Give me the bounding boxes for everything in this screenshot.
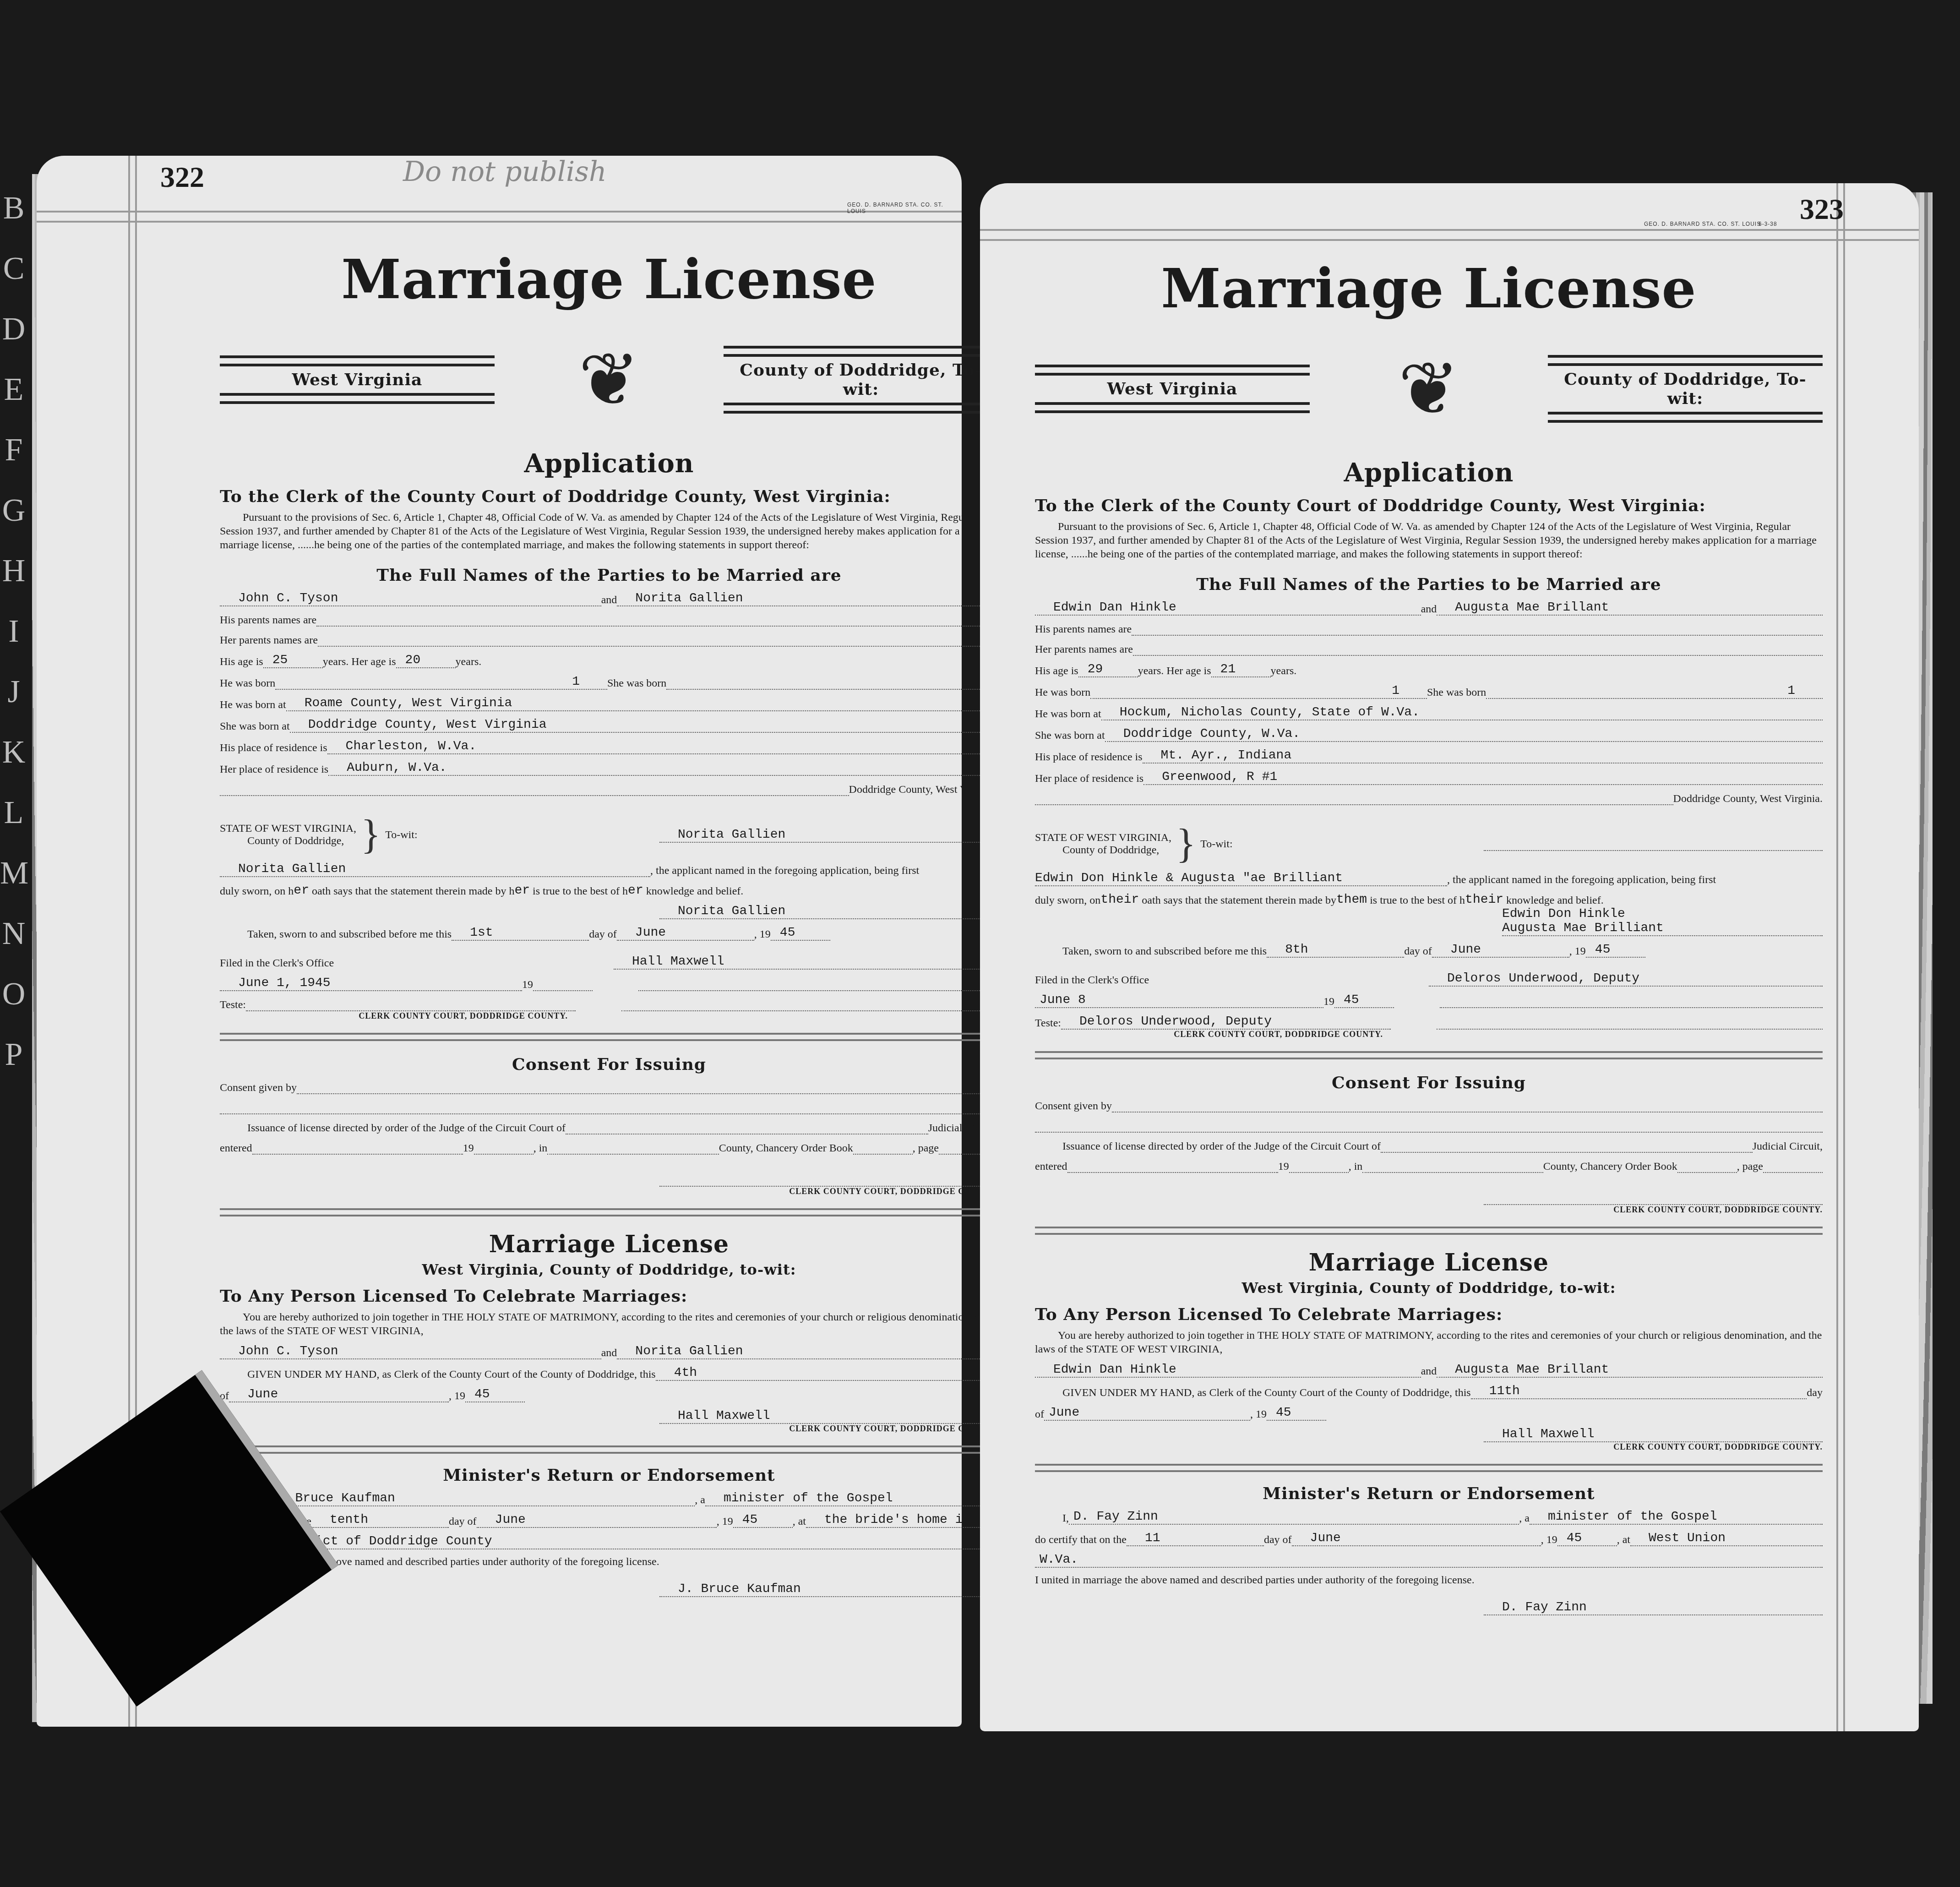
she-born-at-label: She was born at bbox=[220, 720, 290, 733]
his-age-field[interactable]: 25 bbox=[263, 653, 323, 668]
county-footer: Doddridge County, West Virginia. bbox=[849, 784, 998, 796]
teste-field[interactable]: Deloros Underwood, Deputy bbox=[1061, 1014, 1391, 1030]
pronoun-field[interactable]: er bbox=[515, 884, 530, 898]
her-residence-field[interactable]: Greenwood, R #1 bbox=[1143, 770, 1823, 785]
printer-imprint: GEO. D. BARNARD STA. CO. ST. LOUIS bbox=[1644, 221, 1761, 227]
oath-year-field[interactable]: 45 bbox=[771, 926, 830, 941]
he-born-at-label: He was born at bbox=[220, 699, 286, 711]
minister-place-field[interactable]: the bride's home in bbox=[806, 1513, 998, 1528]
page-field[interactable] bbox=[1763, 1159, 1823, 1173]
consent-given-field[interactable] bbox=[1112, 1099, 1823, 1113]
his-residence-label: His place of residence is bbox=[220, 742, 327, 754]
license-month-field[interactable]: June bbox=[1044, 1406, 1250, 1421]
county-field[interactable] bbox=[547, 1141, 719, 1155]
year-prefix: , 19 bbox=[1541, 1534, 1557, 1546]
he-born-label: He was born bbox=[220, 677, 275, 690]
towit-label: To-wit: bbox=[1200, 838, 1232, 851]
page-label: , page bbox=[1737, 1161, 1763, 1173]
minister-place-field[interactable]: West Union bbox=[1630, 1531, 1823, 1546]
her-residence-label: Her place of residence is bbox=[220, 764, 328, 776]
oath-applicant-field[interactable]: Norita Gallien bbox=[220, 862, 650, 877]
her-age-label: Her age is bbox=[351, 656, 396, 668]
entered-label: entered bbox=[1035, 1161, 1067, 1173]
margin-rule bbox=[1836, 183, 1838, 1731]
application-preamble: Pursuant to the provisions of Sec. 6, Ar… bbox=[1035, 520, 1823, 561]
license-title: Marriage License bbox=[1035, 1249, 1823, 1276]
printer-imprint: GEO. D. BARNARD STA. CO. ST. LOUIS bbox=[847, 202, 962, 214]
application-addressee: To the Clerk of the County Court of Dodd… bbox=[220, 487, 998, 506]
clerk-caption: CLERK COUNTY COURT, DODDRIDGE COUNTY. bbox=[220, 1424, 998, 1434]
his-parents-field[interactable] bbox=[1132, 622, 1823, 636]
minister-place-field-2[interactable]: W.Va. bbox=[1035, 1553, 1823, 1568]
day-of-label: day of bbox=[589, 928, 617, 941]
section-divider bbox=[1035, 1464, 1823, 1472]
year-prefix: , 19 bbox=[1569, 945, 1586, 958]
his-age-label: His age is bbox=[220, 656, 263, 668]
license-day-field[interactable]: 4th bbox=[656, 1366, 983, 1381]
consent-given-label: Consent given by bbox=[220, 1082, 297, 1094]
his-residence-field[interactable]: Mt. Ayr., Indiana bbox=[1143, 748, 1823, 764]
year-prefix: 19 bbox=[522, 979, 533, 991]
her-age-field[interactable]: 20 bbox=[396, 653, 456, 668]
her-parents-label: Her parents names are bbox=[1035, 644, 1133, 656]
chancery-label: County, Chancery Order Book bbox=[719, 1142, 853, 1155]
united-text: I united in marriage the above named and… bbox=[1035, 1574, 1475, 1587]
year-prefix: 19 bbox=[463, 1142, 474, 1155]
oath-day-field[interactable]: 8th bbox=[1267, 943, 1404, 958]
applicant-signature-field[interactable] bbox=[1484, 837, 1823, 851]
his-residence-field[interactable]: Charleston, W.Va. bbox=[327, 739, 998, 754]
license-title: Marriage License bbox=[220, 1230, 998, 1258]
entered-field[interactable] bbox=[252, 1141, 463, 1155]
teste-label: Teste: bbox=[220, 999, 246, 1011]
minister-title-field[interactable]: minister of the Gospel bbox=[1530, 1510, 1823, 1525]
banner-county: County of Doddridge, To-wit: bbox=[1548, 355, 1823, 423]
application-preamble: Pursuant to the provisions of Sec. 6, Ar… bbox=[220, 511, 998, 552]
entered-label: entered bbox=[220, 1142, 252, 1155]
pencil-note: Do not publish bbox=[403, 156, 607, 188]
her-parents-field[interactable] bbox=[1133, 642, 1823, 656]
circuit-field[interactable] bbox=[1381, 1139, 1753, 1153]
parties-row: John C. Tyson and Norita Gallien bbox=[220, 591, 998, 606]
application-heading: Application bbox=[220, 448, 998, 479]
cherub-ornament-icon: ❦ bbox=[1342, 338, 1516, 439]
consent-heading: Consent For Issuing bbox=[1035, 1073, 1823, 1092]
a-label: , a bbox=[1519, 1512, 1530, 1525]
years-label: years. bbox=[323, 656, 349, 668]
index-tab[interactable]: I bbox=[0, 616, 27, 648]
chancery-label: County, Chancery Order Book bbox=[1543, 1161, 1677, 1173]
page-number: 323 bbox=[1800, 192, 1844, 226]
header-rule bbox=[980, 229, 1919, 241]
title-banner: West Virginia ❦ County of Doddridge, To-… bbox=[220, 329, 998, 430]
he-born-at-field[interactable]: Roame County, West Virginia bbox=[286, 696, 998, 711]
filed-label: Filed in the Clerk's Office bbox=[220, 957, 614, 970]
at-label: , at bbox=[1617, 1534, 1630, 1546]
license-month-field[interactable]: June bbox=[229, 1387, 449, 1402]
minister-month-field[interactable]: June bbox=[1292, 1531, 1541, 1546]
groom-name-field[interactable]: Edwin Dan Hinkle bbox=[1035, 600, 1421, 616]
application-addressee: To the Clerk of the County Court of Dodd… bbox=[1035, 496, 1823, 515]
in-label: , in bbox=[1349, 1161, 1363, 1173]
county-label: County of Doddridge, bbox=[220, 835, 356, 847]
she-born-at-field[interactable]: Doddridge County, W.Va. bbox=[1105, 727, 1823, 742]
license-subtitle: West Virginia, County of Doddridge, to-w… bbox=[220, 1261, 998, 1278]
title-banner: West Virginia ❦ County of Doddridge, To-… bbox=[1035, 338, 1823, 439]
oath-year-field[interactable]: 45 bbox=[1586, 943, 1645, 958]
minister-year-field[interactable]: 45 bbox=[733, 1513, 793, 1528]
oath-applicant-suffix: , the applicant named in the foregoing a… bbox=[1447, 874, 1716, 886]
clerk-caption: CLERK COUNTY COURT, DODDRIDGE COUNTY. bbox=[1035, 1030, 1383, 1039]
consent-clerk-signature-field[interactable] bbox=[1484, 1191, 1823, 1205]
brace-icon: } bbox=[361, 814, 381, 856]
county-field[interactable] bbox=[1362, 1159, 1543, 1173]
issuance-text: Issuance of license directed by order of… bbox=[1035, 1140, 1381, 1153]
and-label: and bbox=[601, 594, 617, 606]
page-number: 322 bbox=[160, 160, 204, 194]
her-parents-field[interactable] bbox=[318, 633, 998, 647]
clerk-signature-field[interactable]: Hall Maxwell bbox=[614, 954, 998, 970]
index-tab[interactable]: O bbox=[0, 978, 27, 1010]
clerk-caption: CLERK COUNTY COURT, DODDRIDGE COUNTY. bbox=[1035, 1205, 1823, 1215]
she-born-label: She was born bbox=[607, 677, 666, 690]
he-born-at-label: He was born at bbox=[1035, 708, 1101, 720]
oath-text: is true to the best of h bbox=[1370, 894, 1465, 907]
oath-text: duly sworn, on bbox=[1035, 894, 1100, 907]
license-bride-field[interactable]: Augusta Mae Brillant bbox=[1437, 1363, 1823, 1378]
she-born-at-field[interactable]: Doddridge County, West Virginia bbox=[290, 718, 998, 733]
years-label: years. bbox=[1138, 665, 1164, 677]
he-born-label: He was born bbox=[1035, 687, 1090, 699]
license-body: You are hereby authorized to join togeth… bbox=[220, 1310, 998, 1338]
license-clerk-signature-field[interactable]: Hall Maxwell bbox=[659, 1409, 998, 1424]
license-bride-field[interactable]: Norita Gallien bbox=[617, 1344, 998, 1359]
margin-rule bbox=[1843, 183, 1845, 1731]
pronoun-field[interactable]: er bbox=[628, 884, 643, 898]
minister-signature-field[interactable]: D. Fay Zinn bbox=[1484, 1600, 1823, 1615]
groom-name-field[interactable]: John C. Tyson bbox=[220, 591, 601, 606]
order-book-field[interactable] bbox=[1677, 1159, 1737, 1173]
cherub-ornament-icon: ❦ bbox=[522, 329, 696, 430]
judicial-circuit-label: Judicial Circuit, bbox=[1753, 1140, 1823, 1153]
she-born-label: She was born bbox=[1427, 687, 1486, 699]
his-age-label: His age is bbox=[1035, 665, 1078, 677]
filed-year-field[interactable] bbox=[533, 977, 593, 991]
certify-label: do certify that on the bbox=[1035, 1534, 1127, 1546]
day-of-label: day of bbox=[1264, 1534, 1292, 1546]
his-parents-label: His parents names are bbox=[220, 614, 316, 627]
minister-place-field-2[interactable]: Cove District of Doddridge County bbox=[220, 1534, 998, 1549]
index-tab[interactable]: K bbox=[0, 736, 27, 769]
bride-name-field[interactable]: Norita Gallien bbox=[617, 591, 998, 606]
at-label: , at bbox=[793, 1516, 806, 1528]
minister-month-field[interactable]: June bbox=[477, 1513, 717, 1528]
clerk-caption: CLERK COUNTY COURT, DODDRIDGE COUNTY. bbox=[1035, 1442, 1823, 1452]
she-born-field[interactable]: 1 bbox=[1486, 684, 1823, 699]
i-label: I, bbox=[1035, 1512, 1069, 1525]
filed-date-field[interactable]: June 8 bbox=[1035, 993, 1323, 1008]
section-divider bbox=[220, 1445, 998, 1454]
state-label: STATE OF WEST VIRGINIA, bbox=[220, 823, 356, 835]
pronoun-field[interactable]: er bbox=[294, 884, 309, 898]
license-groom-field[interactable]: John C. Tyson bbox=[220, 1344, 601, 1359]
names-heading: The Full Names of the Parties to be Marr… bbox=[220, 566, 998, 585]
his-parents-field[interactable] bbox=[316, 613, 998, 627]
issuance-text: Issuance of license directed by order of… bbox=[220, 1122, 566, 1134]
pronoun-field[interactable]: their bbox=[1100, 893, 1139, 907]
banner-state: West Virginia bbox=[220, 355, 495, 404]
her-age-label: Her age is bbox=[1166, 665, 1211, 677]
he-born-field[interactable]: 1 bbox=[275, 675, 607, 690]
minister-name-field[interactable]: J. Bruce Kaufman bbox=[254, 1491, 695, 1506]
license-body: You are hereby authorized to join togeth… bbox=[1035, 1329, 1823, 1356]
names-heading: The Full Names of the Parties to be Marr… bbox=[1035, 575, 1823, 594]
teste-label: Teste: bbox=[1035, 1017, 1061, 1030]
application-heading: Application bbox=[1035, 458, 1823, 488]
oath-day-field[interactable]: 1st bbox=[452, 926, 589, 941]
given-text: GIVEN UNDER MY HAND, as Clerk of the Cou… bbox=[1035, 1387, 1471, 1399]
applicant-signature-field[interactable]: Norita Gallien bbox=[659, 828, 998, 843]
entered-year-field[interactable] bbox=[474, 1141, 534, 1155]
oath-signature-groom[interactable]: Edwin Don Hinkle bbox=[1502, 907, 1823, 921]
section-divider bbox=[1035, 1051, 1823, 1059]
in-label: , in bbox=[534, 1142, 548, 1155]
oath-text: oath says that the statement therein mad… bbox=[1142, 894, 1336, 907]
oath-text: duly sworn, on h bbox=[220, 885, 294, 898]
license-addressee: To Any Person Licensed To Celebrate Marr… bbox=[1035, 1305, 1823, 1324]
minister-year-field[interactable]: 45 bbox=[1557, 1531, 1617, 1546]
oath-month-field[interactable]: June bbox=[1432, 943, 1569, 958]
oath-text: knowledge and belief. bbox=[646, 885, 744, 898]
her-age-field[interactable]: 21 bbox=[1211, 662, 1271, 677]
index-tab[interactable]: N bbox=[0, 918, 27, 950]
license-subtitle: West Virginia, County of Doddridge, to-w… bbox=[1035, 1279, 1823, 1297]
her-residence-field[interactable]: Auburn, W.Va. bbox=[328, 761, 998, 776]
order-book-field[interactable] bbox=[853, 1141, 913, 1155]
clerk-caption: CLERK COUNTY COURT, DODDRIDGE COUNTY. bbox=[220, 1187, 998, 1196]
year-prefix: , 19 bbox=[717, 1516, 733, 1528]
license-year-field[interactable]: 45 bbox=[1267, 1406, 1326, 1421]
minister-heading: Minister's Return or Endorsement bbox=[220, 1466, 998, 1485]
minister-signature-field[interactable]: J. Bruce Kaufman bbox=[659, 1582, 998, 1597]
license-addressee: To Any Person Licensed To Celebrate Marr… bbox=[220, 1287, 998, 1306]
oath-signature-field[interactable]: Norita Gallien bbox=[659, 904, 998, 919]
she-born-at-label: She was born at bbox=[1035, 730, 1105, 742]
minister-name-field[interactable]: D. Fay Zinn bbox=[1069, 1510, 1519, 1525]
years-label: years. bbox=[1271, 665, 1297, 677]
oath-text: is true to the best of h bbox=[533, 885, 628, 898]
form-title: Marriage License bbox=[1035, 256, 1823, 320]
index-tab[interactable]: J bbox=[0, 676, 27, 708]
index-tab[interactable]: L bbox=[0, 797, 27, 829]
consent-clerk-signature-field[interactable] bbox=[659, 1173, 998, 1187]
right-page: 323 GEO. D. BARNARD STA. CO. ST. LOUIS 6… bbox=[980, 183, 1919, 1731]
year-prefix: 19 bbox=[1278, 1161, 1289, 1173]
index-tab[interactable]: E bbox=[0, 374, 27, 406]
her-residence-label: Her place of residence is bbox=[1035, 773, 1143, 785]
index-tabs: B C D E F G H I J K L M N O P bbox=[0, 192, 27, 1071]
brace-icon: } bbox=[1176, 824, 1196, 865]
banner-state: West Virginia bbox=[1035, 365, 1310, 413]
year-prefix: , 19 bbox=[1250, 1408, 1267, 1421]
license-groom-field[interactable]: Edwin Dan Hinkle bbox=[1035, 1363, 1421, 1378]
filed-year-field[interactable]: 45 bbox=[1334, 993, 1394, 1008]
consent-heading: Consent For Issuing bbox=[220, 1055, 998, 1074]
year-prefix: 19 bbox=[1323, 996, 1334, 1008]
minister-day-field[interactable]: tenth bbox=[311, 1513, 449, 1528]
section-divider bbox=[220, 1208, 998, 1216]
day-of-label: day of bbox=[1404, 945, 1432, 958]
license-year-field[interactable]: 45 bbox=[465, 1387, 525, 1402]
his-age-field[interactable]: 29 bbox=[1078, 662, 1138, 677]
minister-title-field[interactable]: minister of the Gospel bbox=[705, 1491, 998, 1506]
and-label: and bbox=[1421, 603, 1437, 616]
a-label: , a bbox=[695, 1494, 705, 1506]
he-born-field[interactable]: 1 bbox=[1090, 684, 1427, 699]
form-title: Marriage License bbox=[220, 247, 998, 311]
minister-day-field[interactable]: 11 bbox=[1127, 1531, 1264, 1546]
header-rule bbox=[37, 211, 962, 223]
circuit-field[interactable] bbox=[566, 1121, 928, 1134]
his-parents-label: His parents names are bbox=[1035, 623, 1132, 636]
and-label: and bbox=[601, 1347, 617, 1359]
year-prefix: , 19 bbox=[754, 928, 771, 941]
printer-code: 6-3-38 bbox=[1759, 221, 1777, 227]
index-tab[interactable]: H bbox=[0, 555, 27, 587]
consent-given-field[interactable] bbox=[297, 1080, 998, 1094]
index-tab[interactable]: M bbox=[0, 857, 27, 889]
bride-name-field[interactable]: Augusta Mae Brillant bbox=[1437, 600, 1823, 616]
oath-text: oath says that the statement therein mad… bbox=[312, 885, 515, 898]
clerk-caption: CLERK COUNTY COURT, DODDRIDGE COUNTY. bbox=[220, 1011, 568, 1021]
taken-label: Taken, sworn to and subscribed before me… bbox=[1035, 945, 1267, 958]
and-label: and bbox=[1421, 1365, 1437, 1378]
teste-field[interactable] bbox=[246, 998, 576, 1011]
index-tab[interactable]: C bbox=[0, 253, 27, 285]
oath-venue: STATE OF WEST VIRGINIA, County of Doddri… bbox=[1035, 824, 1823, 865]
consent-given-label: Consent given by bbox=[1035, 1100, 1112, 1113]
county-footer: Doddridge County, West Virginia. bbox=[1673, 793, 1823, 805]
index-tab[interactable]: D bbox=[0, 313, 27, 345]
index-tab[interactable]: F bbox=[0, 434, 27, 466]
she-born-field[interactable]: 1 bbox=[666, 675, 998, 690]
pronoun-field[interactable]: their bbox=[1465, 893, 1503, 907]
her-parents-label: Her parents names are bbox=[220, 634, 318, 647]
he-born-at-field[interactable]: Hockum, Nicholas County, State of W.Va. bbox=[1101, 705, 1823, 720]
clerk-signature-field[interactable]: Deloros Underwood, Deputy bbox=[1429, 971, 1823, 987]
index-tab[interactable]: G bbox=[0, 495, 27, 527]
oath-month-field[interactable]: June bbox=[617, 926, 754, 941]
year-prefix: , 19 bbox=[449, 1390, 465, 1402]
index-tab[interactable]: P bbox=[0, 1039, 27, 1071]
filed-date-field[interactable]: June 1, 1945 bbox=[220, 976, 522, 991]
entered-field[interactable] bbox=[1067, 1159, 1278, 1173]
given-text: GIVEN UNDER MY HAND, as Clerk of the Cou… bbox=[220, 1369, 656, 1381]
day-of-label: day of bbox=[449, 1516, 477, 1528]
day-label: day bbox=[1807, 1387, 1823, 1399]
index-tab[interactable]: B bbox=[0, 192, 27, 224]
years-label: years. bbox=[456, 656, 482, 668]
filed-label: Filed in the Clerk's Office bbox=[1035, 974, 1429, 987]
oath-applicant-field[interactable]: Edwin Don Hinkle & Augusta "ae Brilliant bbox=[1035, 871, 1447, 886]
taken-label: Taken, sworn to and subscribed before me… bbox=[220, 928, 452, 941]
minister-heading: Minister's Return or Endorsement bbox=[1035, 1484, 1823, 1503]
pronoun-field[interactable]: them bbox=[1336, 893, 1367, 907]
oath-applicant-suffix: , the applicant named in the foregoing a… bbox=[650, 865, 919, 877]
of-label: of bbox=[1035, 1408, 1044, 1421]
oath-text: knowledge and belief. bbox=[1506, 894, 1604, 907]
license-clerk-signature-field[interactable]: Hall Maxwell bbox=[1484, 1427, 1823, 1442]
oath-signature-bride[interactable]: Augusta Mae Brilliant bbox=[1502, 921, 1823, 936]
state-label: STATE OF WEST VIRGINIA, bbox=[1035, 832, 1171, 844]
section-divider bbox=[1035, 1227, 1823, 1235]
section-divider bbox=[220, 1033, 998, 1041]
page-label: , page bbox=[913, 1142, 939, 1155]
county-label: County of Doddridge, bbox=[1035, 844, 1171, 856]
his-residence-label: His place of residence is bbox=[1035, 751, 1143, 764]
entered-year-field[interactable] bbox=[1289, 1159, 1349, 1173]
banner-county: County of Doddridge, To-wit: bbox=[724, 346, 998, 414]
oath-venue: STATE OF WEST VIRGINIA, County of Doddri… bbox=[220, 814, 998, 856]
towit-label: To-wit: bbox=[385, 829, 417, 841]
license-day-field[interactable]: 11th bbox=[1471, 1384, 1807, 1399]
